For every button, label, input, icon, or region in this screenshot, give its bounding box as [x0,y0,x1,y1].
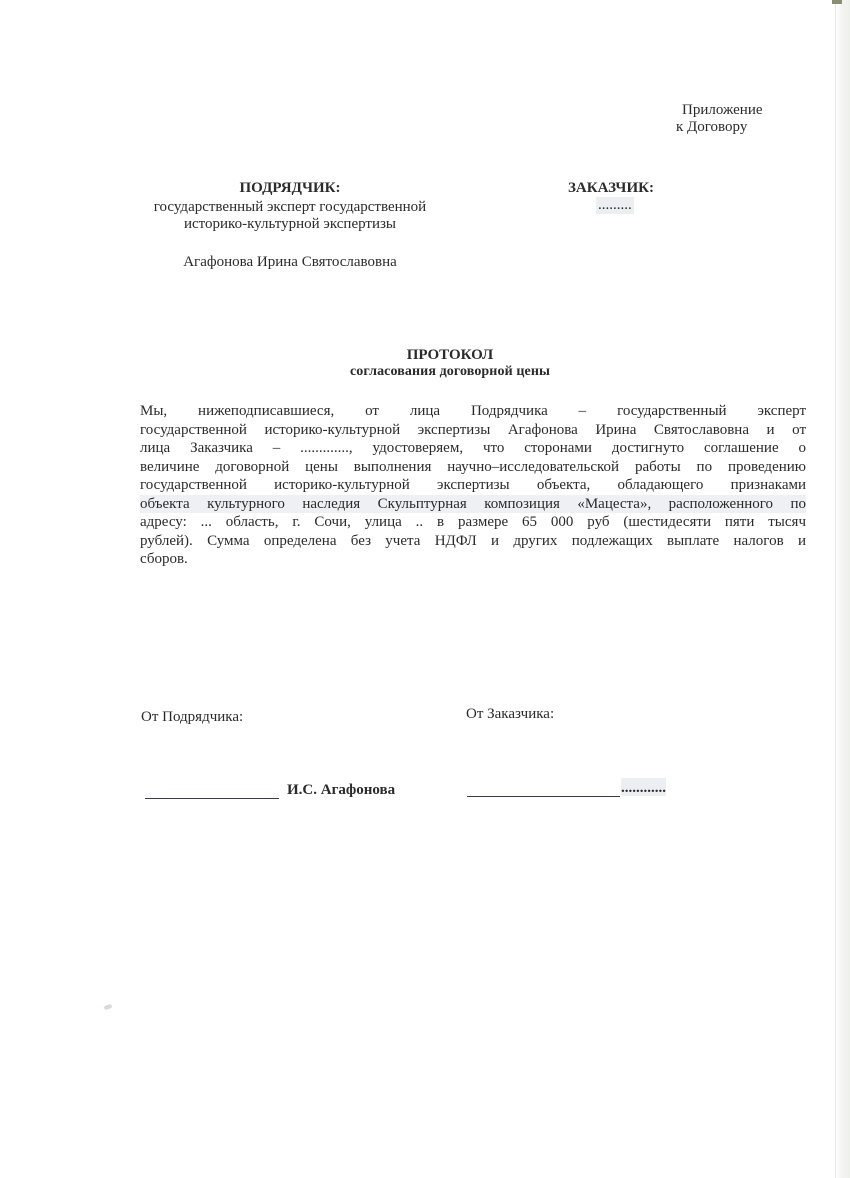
contractor-block: ПОДРЯДЧИК: государственный эксперт госуд… [130,180,450,271]
contractor-role-line-2: историко-культурной экспертизы [130,216,450,233]
contractor-role-line-1: государственный эксперт государственной [130,199,450,216]
body-line: государственной историко-культурной эксп… [140,421,806,440]
body-line: величине договорной цены выполнения науч… [140,458,806,477]
body-line: Мы, нижеподписавшиеся, от лица Подрядчик… [140,402,806,421]
customer-signature-line [467,796,620,797]
appendix-line-2: к Договору [676,119,786,136]
body-line: рублей). Сумма определена без учета НДФЛ… [140,532,806,551]
protocol-title: ПРОТОКОЛ [300,347,600,364]
customer-title: ЗАКАЗЧИК: [568,180,668,197]
body-line: сборов. [140,550,806,569]
customer-name-placeholder: ......... [596,197,634,214]
contractor-name: Агафонова Ирина Святославовна [130,254,450,271]
customer-block: ЗАКАЗЧИК: ......... [568,180,668,214]
contractor-signature-name: И.С. Агафонова [287,782,395,799]
scan-speck [104,1004,113,1010]
protocol-subtitle: согласования договорной цены [300,364,600,380]
protocol-body: Мы, нижеподписавшиеся, от лица Подрядчик… [140,402,806,569]
appendix-line-1: Приложение [676,102,786,119]
contractor-signature-line [145,798,279,799]
customer-signature-block: ............ [621,780,666,797]
protocol-heading: ПРОТОКОЛ согласования договорной цены [300,347,600,380]
contractor-title: ПОДРЯДЧИК: [130,180,450,197]
customer-signature-label: От Заказчика: [466,706,554,723]
body-line: государственной историко-культурной эксп… [140,476,806,495]
scan-edge-mark [832,0,842,4]
customer-signature-name: ............ [621,778,666,796]
contractor-signature-label: От Подрядчика: [141,709,243,726]
body-line: объекта культурного наследия Скульптурна… [140,495,806,514]
body-line: лица Заказчика – ............., удостове… [140,439,806,458]
scan-edge [835,0,850,1178]
body-line: адресу: ... область, г. Сочи, улица .. в… [140,513,806,532]
appendix-note: Приложение к Договору [676,102,786,136]
